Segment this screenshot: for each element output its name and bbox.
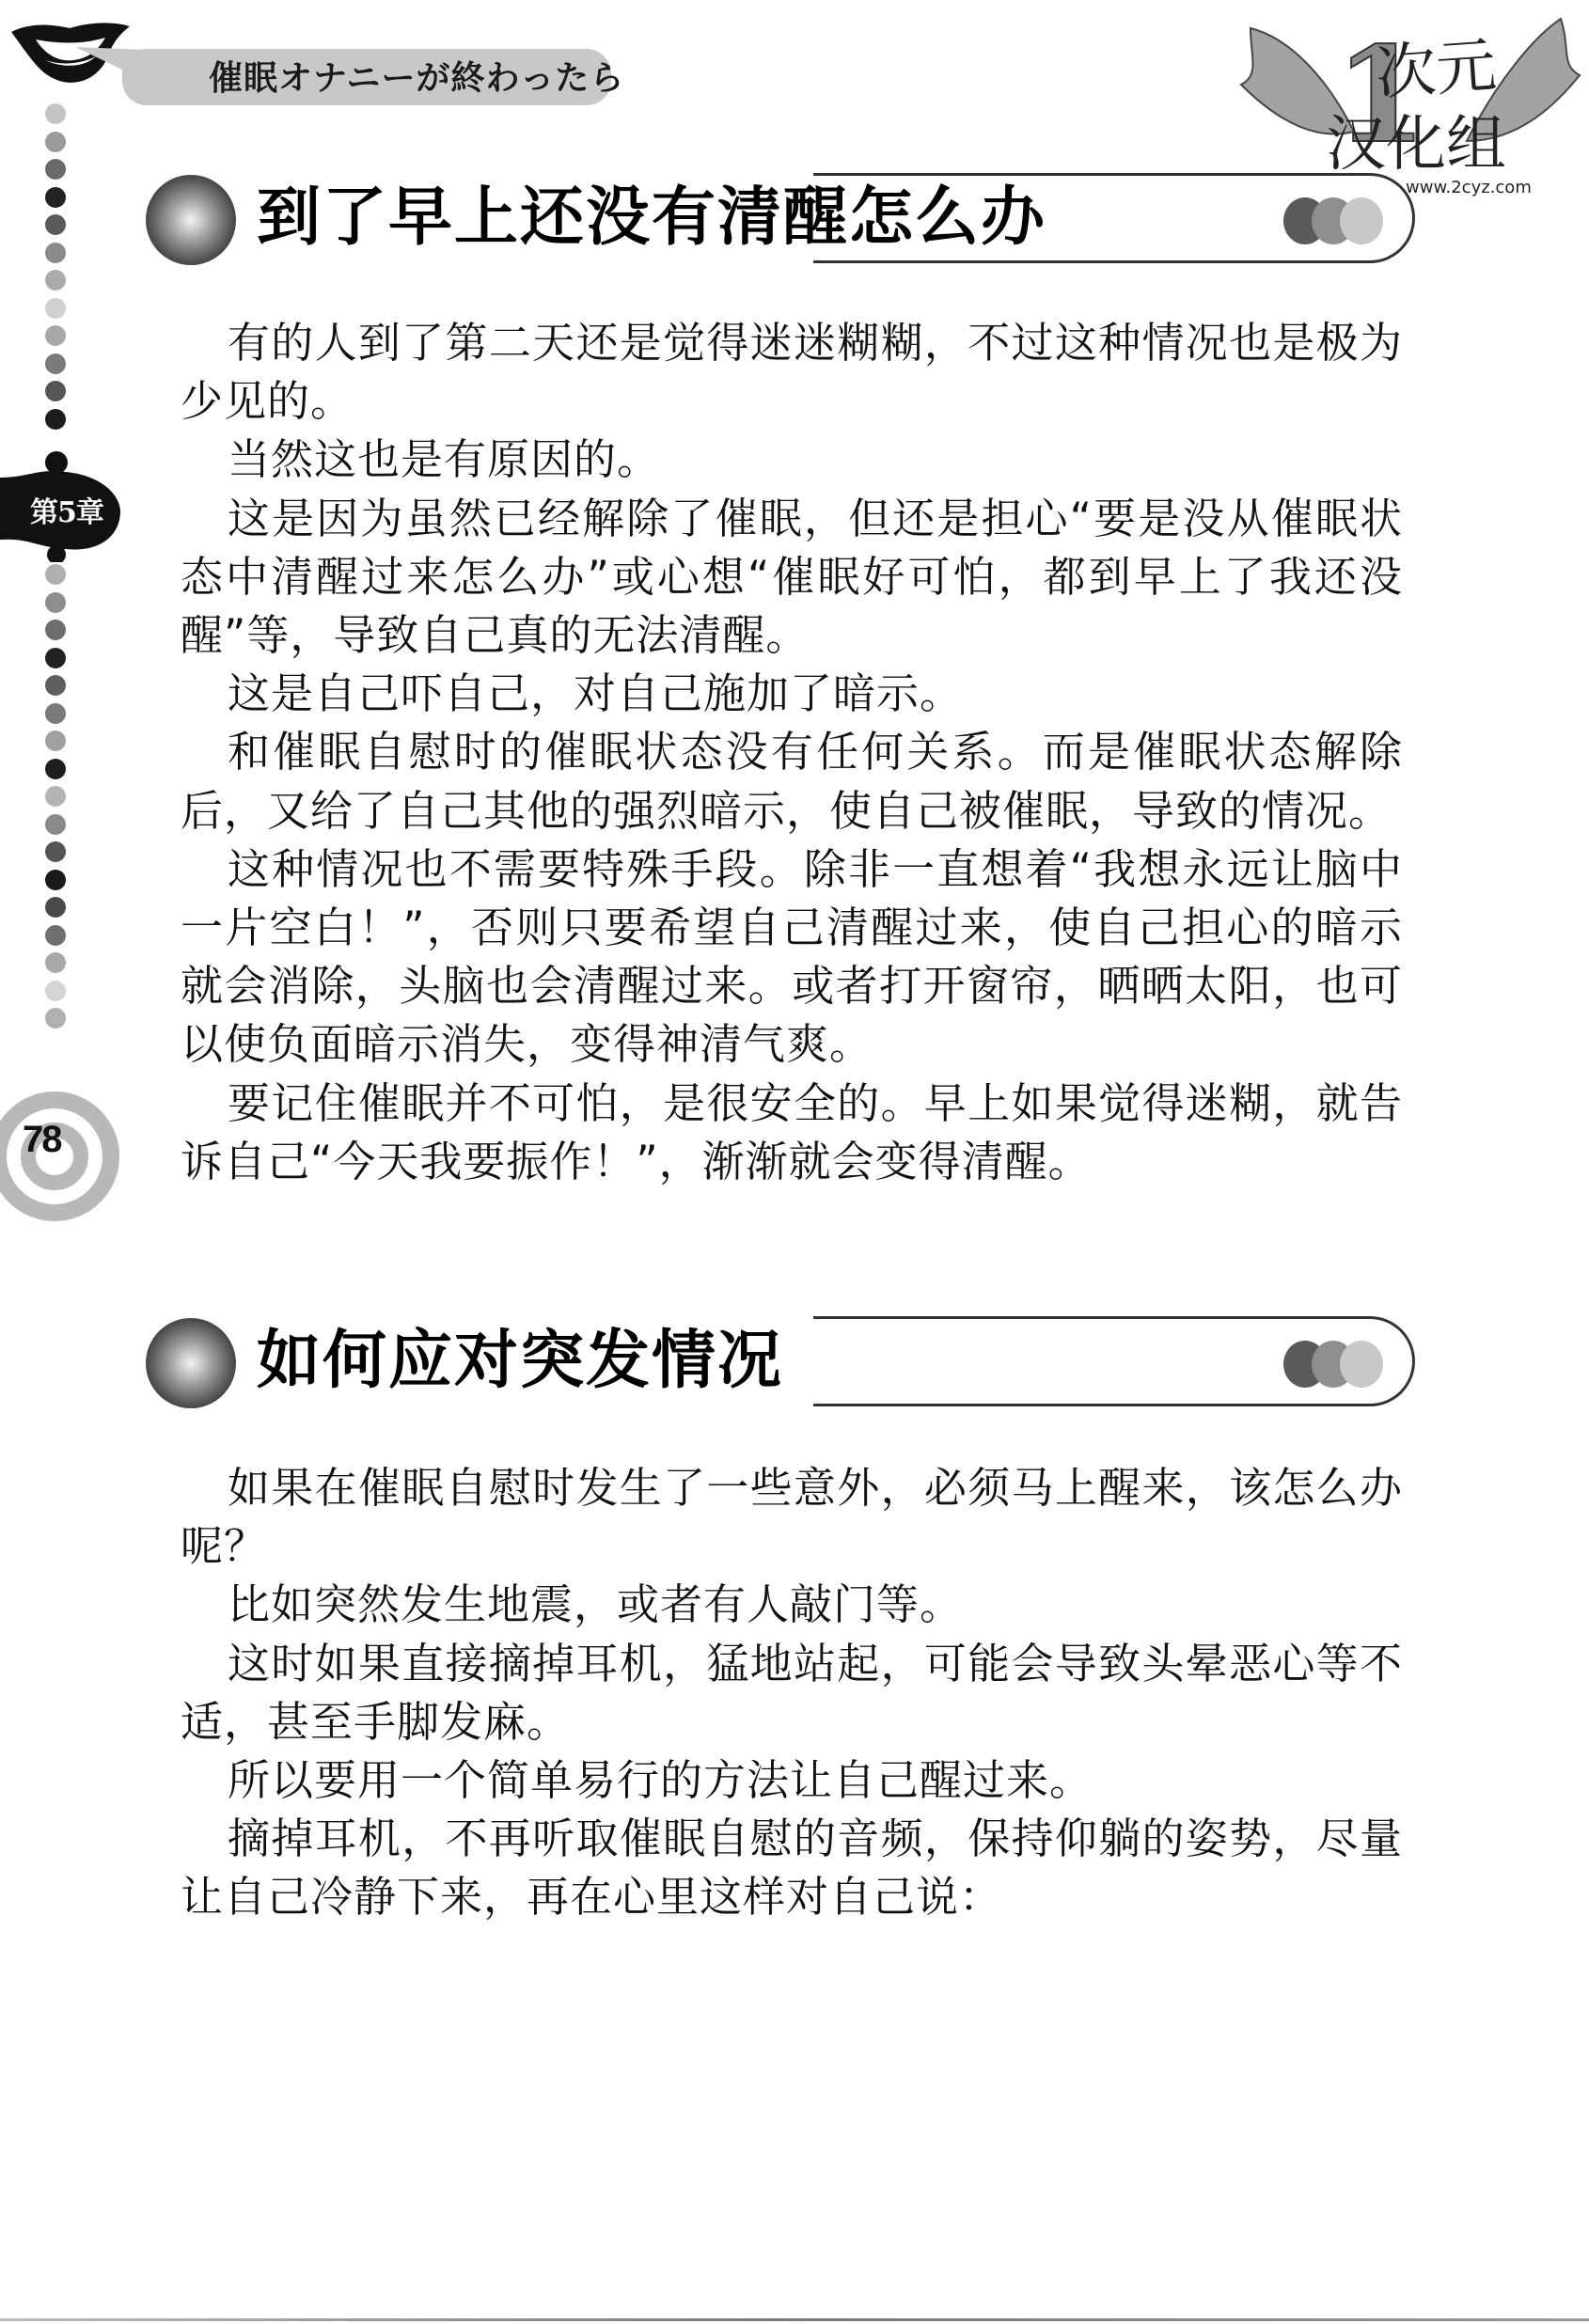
rail-dot — [45, 159, 66, 180]
section-body-1: 有的人到了第二天还是觉得迷迷糊糊，不过这种情况也是极为少见的。 当然这也是有原因… — [181, 314, 1403, 1191]
rail-dot — [45, 214, 66, 235]
rail-dot — [45, 243, 66, 263]
rail-dot — [45, 409, 66, 430]
rail-dot — [45, 759, 66, 779]
logo-url: www.2cyz.com — [1406, 178, 1532, 197]
rail-dot — [45, 952, 66, 973]
paragraph: 当然这也是有原因的。 — [181, 431, 1403, 489]
page-number: 78 — [23, 1119, 61, 1161]
paragraph: 这种情况也不需要特殊手段。除非一直想着“我想永远让脑中一片空白！”，否则只要希望… — [181, 840, 1403, 1075]
rail-dot — [45, 675, 66, 696]
page-bottom-rule — [0, 2318, 1589, 2321]
tricolor-dots-icon — [1283, 1341, 1396, 1388]
dot-light — [1340, 1341, 1383, 1388]
section-title: 到了早上还没有清醒怎么办 — [257, 171, 1046, 265]
rail-dot — [45, 897, 66, 918]
rail-dot — [45, 564, 66, 585]
section-heading-1: 到了早上还没有清醒怎么办 — [146, 162, 1424, 265]
rail-dot — [45, 592, 66, 613]
rail-dot — [45, 786, 66, 807]
sphere-bullet-icon — [146, 175, 236, 265]
rail-dot — [45, 325, 66, 346]
page-number-badge — [0, 978, 132, 1222]
rail-dot — [45, 270, 66, 290]
section-heading-2: 如何应对突发情况 — [146, 1305, 1424, 1408]
running-title: 催眠オナニーが終わったら — [209, 55, 624, 102]
rail-dot — [45, 841, 66, 862]
rail-dot — [45, 381, 66, 401]
rail-dot — [45, 814, 66, 835]
paragraph: 如果在催眠自慰时发生了一些意外，必须马上醒来，该怎么办呢？ — [181, 1459, 1403, 1576]
section-title: 如何应对突发情况 — [257, 1314, 783, 1408]
paragraph: 要记住催眠并不可怕，是很安全的。早上如果觉得迷糊，就告诉自己“今天我要振作！”，… — [181, 1075, 1403, 1191]
tricolor-dots-icon — [1283, 197, 1396, 244]
logo-text: 次元 — [1374, 31, 1499, 109]
rail-dot — [45, 187, 66, 208]
rail-dot — [45, 925, 66, 946]
paragraph: 和催眠自慰时的催眠状态没有任何关系。而是催眠状态解除后，又给了自己其他的强烈暗示… — [181, 723, 1403, 840]
paragraph: 这是因为虽然已经解除了催眠，但还是担心“要是没从催眠状态中清醒过来怎么办”或心想… — [181, 490, 1403, 666]
rail-dot — [45, 132, 66, 152]
rail-dot — [45, 730, 66, 751]
paragraph: 这是自己吓自己，对自己施加了暗示。 — [181, 665, 1403, 723]
rail-dot — [45, 648, 66, 668]
paragraph: 这时如果直接摘掉耳机，猛地站起，可能会导致头晕恶心等不适，甚至手脚发麻。 — [181, 1635, 1403, 1751]
rail-dot — [45, 103, 66, 124]
sphere-bullet-icon — [146, 1318, 236, 1408]
rail-dot — [45, 298, 66, 319]
paragraph: 所以要用一个简单易行的方法让自己醒过来。 — [181, 1751, 1403, 1810]
paragraph: 有的人到了第二天还是觉得迷迷糊糊，不过这种情况也是极为少见的。 — [181, 314, 1403, 431]
rail-dot — [45, 620, 66, 640]
rail-dot — [45, 353, 66, 374]
chapter-label: 第5章 — [30, 489, 103, 530]
dot-light — [1340, 197, 1383, 244]
paragraph: 摘掉耳机，不再听取催眠自慰的音频，保持仰躺的姿势，尽量让自己冷静下来，再在心里这… — [181, 1810, 1403, 1926]
rail-dot — [45, 703, 66, 724]
section-body-2: 如果在催眠自慰时发生了一些意外，必须马上醒来，该怎么办呢？ 比如突然发生地震，或… — [181, 1459, 1403, 1927]
paragraph: 比如突然发生地震，或者有人敲门等。 — [181, 1576, 1403, 1634]
rail-dot — [45, 870, 66, 890]
